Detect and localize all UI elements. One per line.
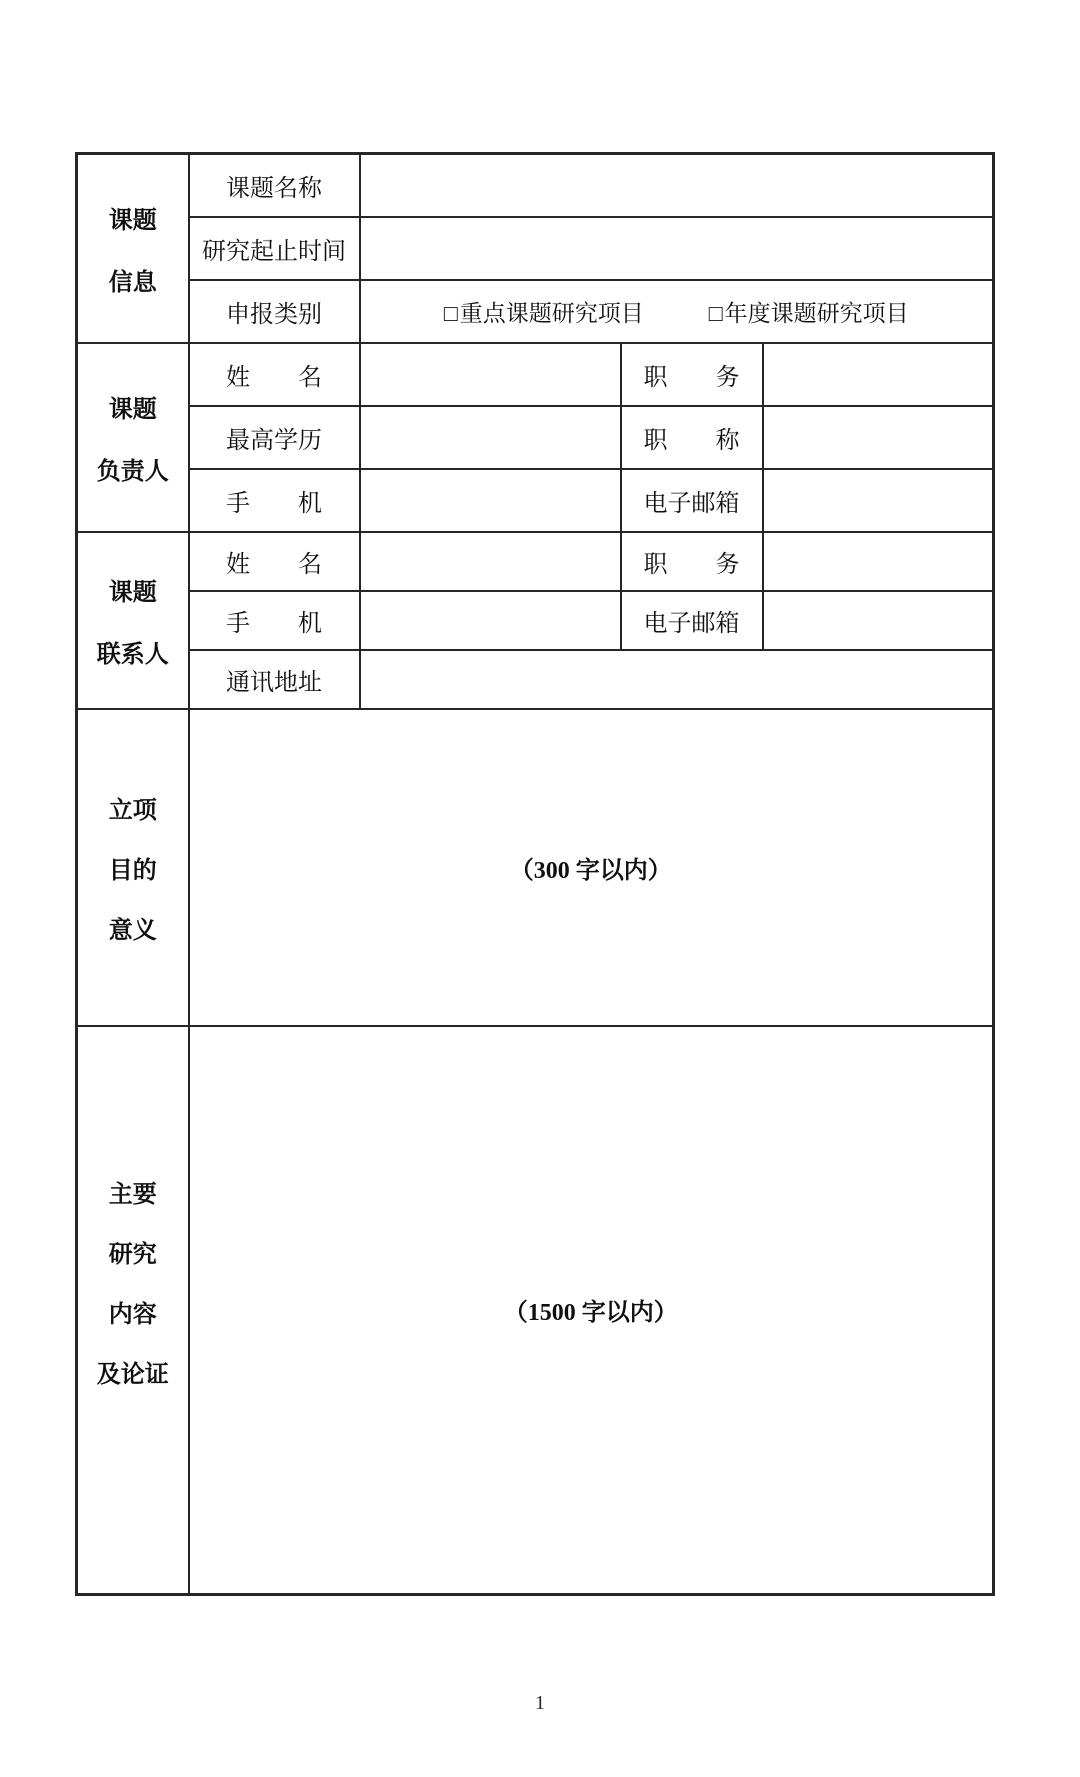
section-header-project-info: 课题 信息	[77, 154, 189, 343]
research-content-input-cell[interactable]: （1500 字以内）	[189, 1026, 994, 1595]
leader-education-label: 最高学历	[189, 406, 360, 469]
application-category-cell: □重点课题研究项目 □年度课题研究项目	[360, 280, 994, 343]
section-header-line: 意义	[109, 910, 157, 945]
section-header-line: 联系人	[97, 634, 169, 669]
section-header-line: 主要	[109, 1174, 157, 1209]
research-duration-input-cell[interactable]	[360, 217, 994, 280]
contact-mobile-input-cell[interactable]	[360, 591, 621, 650]
section-header-line: 研究	[109, 1234, 157, 1269]
leader-email-label: 电子邮箱	[621, 469, 763, 532]
research-duration-label: 研究起止时间	[189, 217, 360, 280]
leader-title-label: 职 称	[621, 406, 763, 469]
project-title-label: 课题名称	[189, 154, 360, 217]
contact-mobile-label: 手 机	[189, 591, 360, 650]
section-header-significance: 立项 目的 意义	[77, 709, 189, 1026]
significance-word-limit-hint: （300 字以内）	[190, 850, 993, 885]
checkbox-icon[interactable]: □	[709, 301, 723, 326]
research-word-limit-hint: （1500 字以内）	[190, 1292, 993, 1327]
contact-email-input-cell[interactable]	[763, 591, 994, 650]
section-header-project-contact: 课题 联系人	[77, 532, 189, 709]
leader-title-input-cell[interactable]	[763, 406, 994, 469]
section-header-line: 课题	[109, 572, 157, 607]
project-title-input-cell[interactable]	[360, 154, 994, 217]
leader-email-input-cell[interactable]	[763, 469, 994, 532]
leader-mobile-label: 手 机	[189, 469, 360, 532]
category-option-label: 年度课题研究项目	[725, 301, 909, 326]
page-number: 1	[0, 1692, 1080, 1715]
section-header-line: 课题	[109, 389, 157, 424]
contact-address-input-cell[interactable]	[360, 650, 994, 709]
application-category-label: 申报类别	[189, 280, 360, 343]
section-header-line: 课题	[109, 200, 157, 235]
leader-name-label: 姓 名	[189, 343, 360, 406]
leader-position-label: 职 务	[621, 343, 763, 406]
section-header-line: 立项	[109, 790, 157, 825]
section-header-line: 信息	[109, 262, 157, 297]
leader-mobile-input-cell[interactable]	[360, 469, 621, 532]
category-option-key-project[interactable]: □重点课题研究项目	[444, 295, 644, 328]
leader-name-input-cell[interactable]	[360, 343, 621, 406]
section-header-research-content: 主要 研究 内容 及论证	[77, 1026, 189, 1595]
contact-position-label: 职 务	[621, 532, 763, 591]
leader-education-input-cell[interactable]	[360, 406, 621, 469]
contact-position-input-cell[interactable]	[763, 532, 994, 591]
document-page: { "page": { "number": "1" }, "colors": {…	[0, 0, 1080, 1777]
application-form-table: 课题 信息 课题名称 研究起止时间 申报类别 □重点课题研究项目 □年度课题研究…	[75, 152, 995, 1596]
significance-input-cell[interactable]: （300 字以内）	[189, 709, 994, 1026]
category-option-annual-project[interactable]: □年度课题研究项目	[709, 295, 909, 328]
leader-position-input-cell[interactable]	[763, 343, 994, 406]
contact-address-label: 通讯地址	[189, 650, 360, 709]
checkbox-icon[interactable]: □	[444, 301, 458, 326]
section-header-project-leader: 课题 负责人	[77, 343, 189, 532]
section-header-line: 目的	[109, 850, 157, 885]
section-header-line: 负责人	[97, 451, 169, 486]
contact-name-label: 姓 名	[189, 532, 360, 591]
contact-email-label: 电子邮箱	[621, 591, 763, 650]
section-header-line: 及论证	[97, 1354, 169, 1389]
section-header-line: 内容	[109, 1294, 157, 1329]
category-option-label: 重点课题研究项目	[460, 301, 644, 326]
contact-name-input-cell[interactable]	[360, 532, 621, 591]
